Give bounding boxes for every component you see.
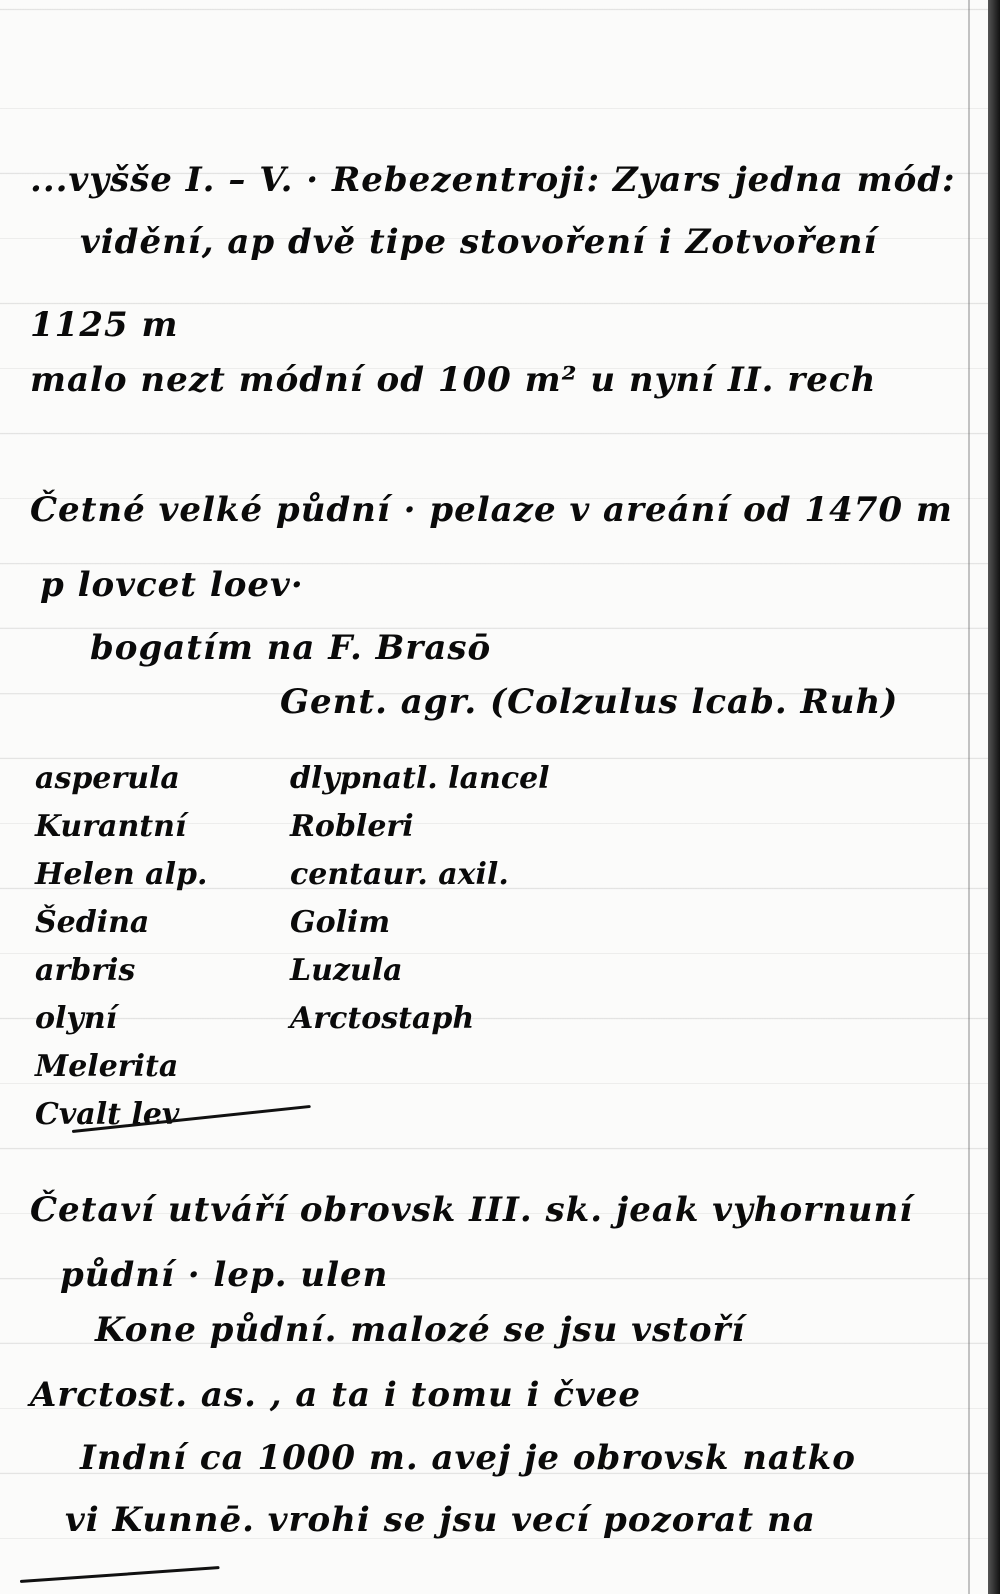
- text-line: Gent. agr. (Colzulus lcab. Ruh): [280, 682, 898, 722]
- species-item: Robleri: [290, 803, 550, 851]
- species-item: Šedina: [35, 899, 207, 947]
- species-item: olyní: [35, 995, 207, 1043]
- species-item: centaur. axil.: [290, 851, 550, 899]
- text-line: malo nezt módní od 100 m² u nyní II. rec…: [30, 360, 876, 400]
- species-item: Arctostaph: [290, 995, 550, 1043]
- text-line: bogatím na F. Brasō: [90, 628, 491, 668]
- species-item: Luzula: [290, 947, 550, 995]
- species-list-left: asperula Kurantní Helen alp. Šedina arbr…: [35, 755, 207, 1139]
- species-item: dlypnatl. lancel: [290, 755, 550, 803]
- margin-line: [968, 0, 970, 1594]
- species-item: Melerita: [35, 1043, 207, 1091]
- text-line: 1125 m: [30, 305, 178, 345]
- text-line: Arctost. as. , a ta i tomu i čvee: [30, 1375, 641, 1415]
- species-list-right: dlypnatl. lancel Robleri centaur. axil. …: [290, 755, 550, 1043]
- text-line: půdní · lep. ulen: [60, 1255, 388, 1295]
- text-line: ...vyšše I. – V. · Rebezentroji: Zyars j…: [30, 160, 956, 200]
- text-line: p lovcet loev·: [40, 565, 304, 605]
- species-item: arbris: [35, 947, 207, 995]
- text-line: Četaví utváří obrovsk III. sk. jeak vyho…: [30, 1190, 913, 1230]
- text-line: Kone půdní. malozé se jsu vstoří: [95, 1310, 745, 1350]
- text-line: vi Kunnē. vrohi se jsu vecí pozorat na: [65, 1500, 816, 1540]
- text-line: Indní ca 1000 m. avej je obrovsk natko: [80, 1438, 856, 1478]
- species-item: Golim: [290, 899, 550, 947]
- species-item: Helen alp.: [35, 851, 207, 899]
- text-line: vidění, ap dvě tipe stovoření i Zotvořen…: [80, 222, 877, 262]
- species-item: Cvalt lev: [35, 1091, 207, 1139]
- scan-edge-shadow: [988, 0, 1000, 1594]
- species-item: asperula: [35, 755, 207, 803]
- species-item: Kurantní: [35, 803, 207, 851]
- text-line: Četné velké půdní · pelaze v areání od 1…: [30, 490, 953, 530]
